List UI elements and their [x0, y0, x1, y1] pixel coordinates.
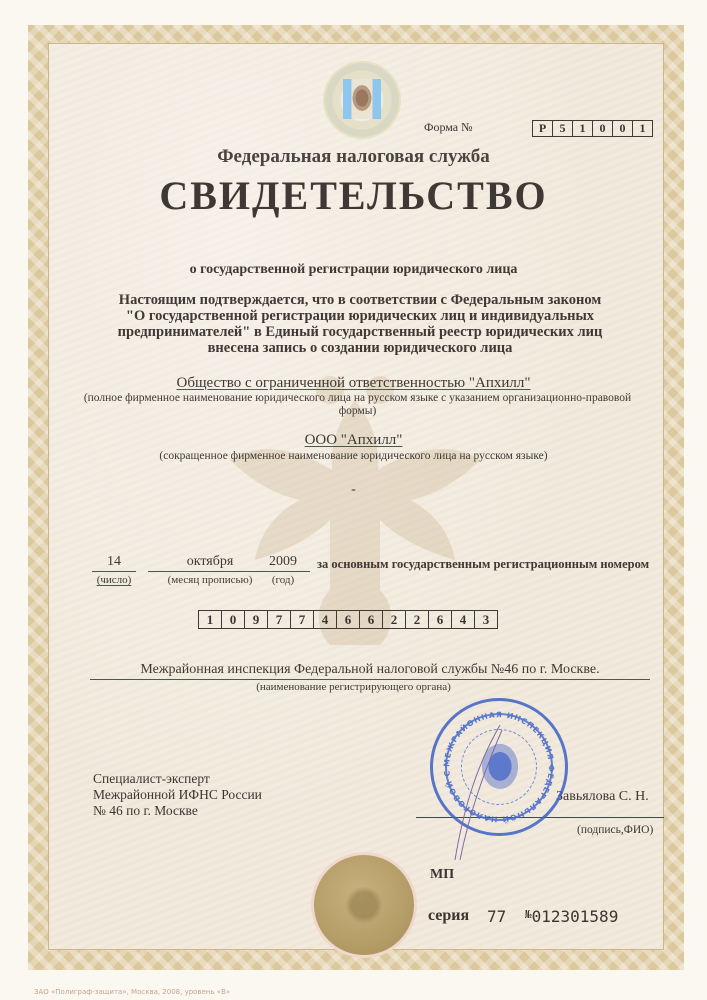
issuing-agency: Федеральная налоговая служба [0, 146, 707, 168]
gold-seal-icon [314, 855, 414, 955]
series-label: серия [428, 907, 469, 925]
signatory-position-line: № 46 по г. Москве [93, 803, 262, 819]
hologram-eagle-icon [351, 83, 373, 113]
entity-full-name-row: Общество с ограниченной ответственностью… [0, 375, 707, 392]
ogrn-digit-cell: 4 [452, 611, 475, 628]
entity-short-name: ООО "Апхилл" [305, 432, 403, 448]
signatory-position-line: Специалист-эксперт [93, 771, 262, 787]
gold-seal-eagle-icon [342, 883, 386, 927]
ogrn-digit-cell: 4 [314, 611, 337, 628]
signature-stroke-icon [440, 720, 520, 870]
form-code-cell: 5 [553, 121, 573, 136]
registration-day-field: 14 (число) [92, 554, 136, 586]
ogrn-digit-cell: 6 [360, 611, 383, 628]
ogrn-digit-cell: 9 [245, 611, 268, 628]
signatory-position-line: Межрайонной ИФНС России [93, 787, 262, 803]
ogrn-number-cells: 1 0 9 7 7 4 6 6 2 2 6 4 3 [198, 610, 498, 629]
document-title: СВИДЕТЕЛЬСТВО [0, 172, 707, 219]
entity-short-name-caption: (сокращенное фирменное наименование юрид… [0, 450, 707, 462]
ogrn-digit-cell: 2 [383, 611, 406, 628]
form-code-cell: 0 [613, 121, 633, 136]
form-code-cell: 1 [633, 121, 652, 136]
ogrn-digit-cell: 7 [268, 611, 291, 628]
form-code-cell: 0 [593, 121, 613, 136]
printer-imprint: ЗАО «Полиграф-защита», Москва, 2008, уро… [34, 988, 230, 996]
registration-month: октября [148, 554, 272, 572]
entity-full-name: Общество с ограниченной ответственностью… [177, 375, 531, 391]
form-code-cell: Р [533, 121, 553, 136]
ogrn-digit-cell: 7 [291, 611, 314, 628]
fns-hologram-emblem [325, 63, 399, 137]
registration-month-field: октября (месяц прописью) [148, 554, 272, 586]
registration-day-caption: (число) [92, 574, 136, 586]
form-code-cell: 1 [573, 121, 593, 136]
entity-short-name-row: ООО "Апхилл" [0, 432, 707, 449]
registration-year-caption: (год) [256, 574, 310, 586]
registration-year: 2009 [256, 554, 310, 572]
ogrn-label: за основным государственным регистрацион… [317, 557, 649, 572]
certification-statement: Настоящим подтверждается, что в соответс… [110, 292, 610, 356]
ogrn-digit-cell: 3 [475, 611, 497, 628]
certificate-number: 012301589 [532, 907, 619, 926]
series-value: 77 [487, 907, 506, 926]
registration-day: 14 [92, 554, 136, 572]
signatory-position: Специалист-эксперт Межрайонной ИФНС Росс… [93, 771, 262, 819]
signature-caption: (подпись,ФИО) [577, 824, 653, 836]
ogrn-digit-cell: 6 [429, 611, 452, 628]
number-sign: № [525, 908, 532, 921]
document-subtitle: о государственной регистрации юридическо… [0, 262, 707, 278]
registration-year-field: 2009 (год) [256, 554, 310, 586]
form-number-label: Форма № [424, 120, 473, 135]
series-number: №012301589 [525, 907, 618, 926]
seal-place-label: МП [430, 867, 454, 883]
ogrn-digit-cell: 2 [406, 611, 429, 628]
ogrn-digit-cell: 0 [222, 611, 245, 628]
registering-authority: Межрайонная инспекция Федеральной налого… [90, 662, 650, 680]
registering-authority-caption: (наименование регистрирующего органа) [0, 681, 707, 693]
signatory-name: Завьялова С. Н. [556, 789, 649, 805]
entity-full-name-caption: (полное фирменное наименование юридическ… [80, 392, 635, 418]
ogrn-digit-cell: 1 [199, 611, 222, 628]
registration-month-caption: (месяц прописью) [148, 574, 272, 586]
entity-other-name: - [0, 482, 707, 498]
ogrn-digit-cell: 6 [337, 611, 360, 628]
form-number-cells: Р 5 1 0 0 1 [532, 120, 653, 137]
